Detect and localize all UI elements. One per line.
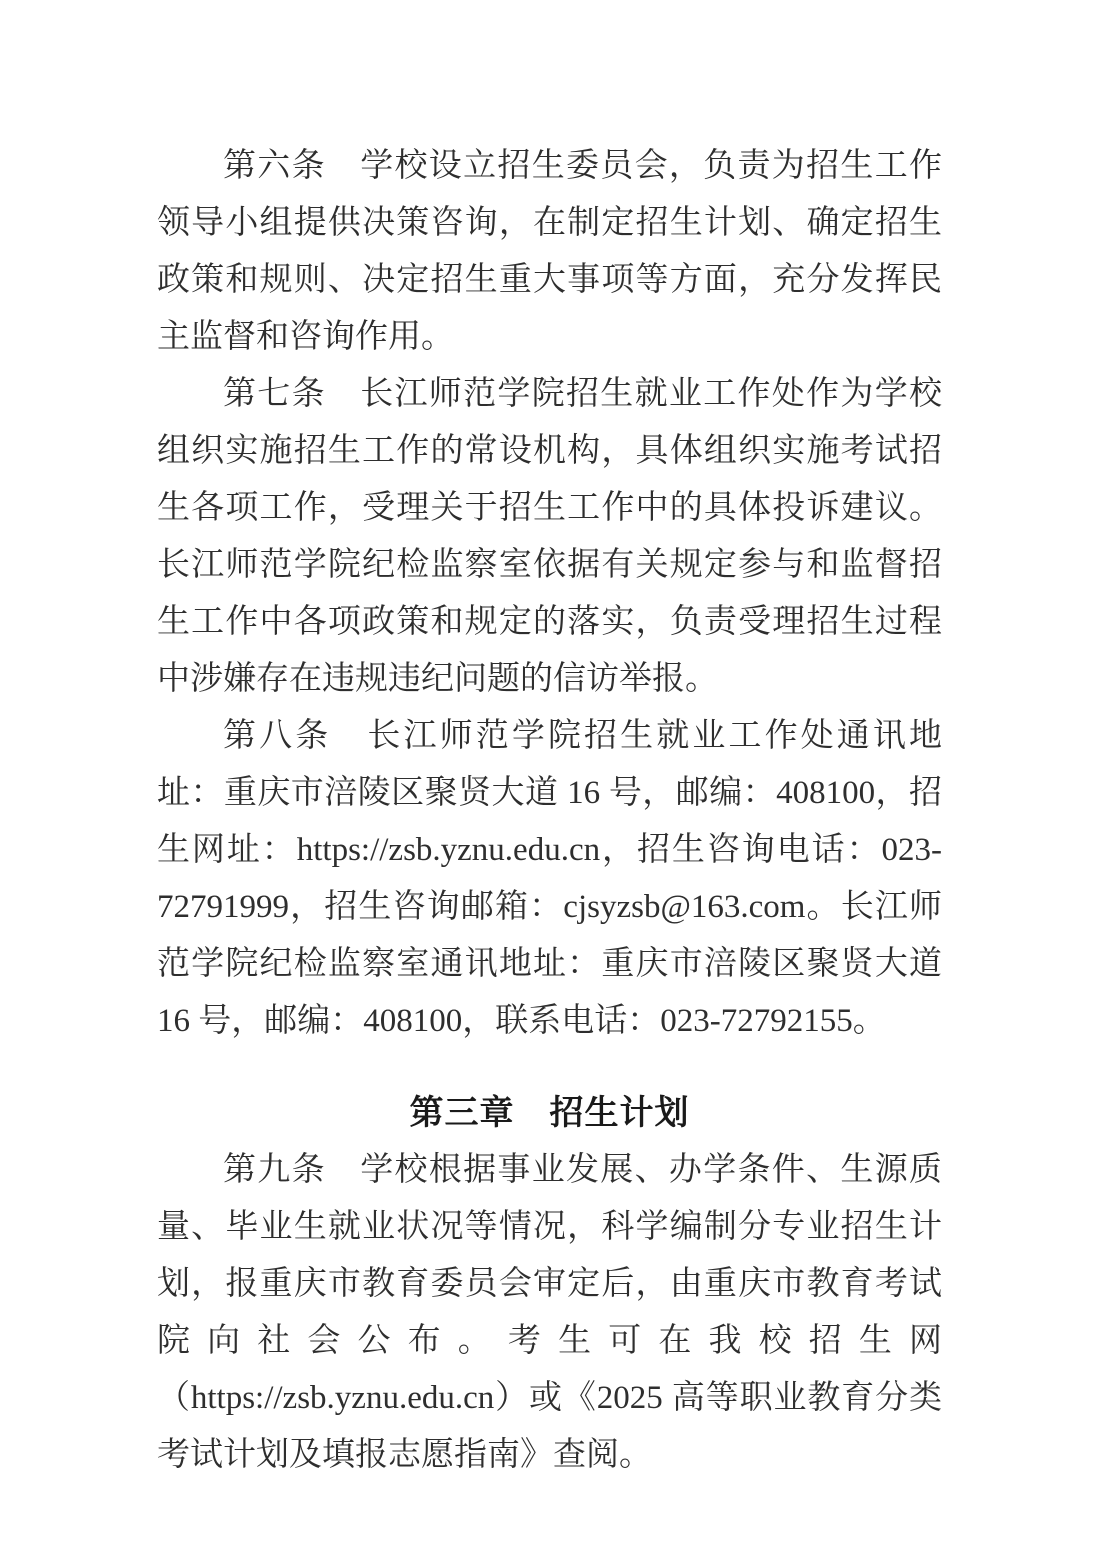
paragraph-article-7: 第七条 长江师范学院招生就业工作处作为学校组织实施招生工作的常设机构，具体组织实… (157, 366, 942, 708)
paragraph-article-9: 第九条 学校根据事业发展、办学条件、生源质量、毕业生就业状况等情况，科学编制分专… (157, 1142, 942, 1484)
paragraph-article-8: 第八条 长江师范学院招生就业工作处通讯地址：重庆市涪陵区聚贤大道 16 号，邮编… (157, 708, 942, 1050)
chapter-heading-3: 第三章 招生计划 (157, 1085, 942, 1142)
document-page: 第六条 学校设立招生委员会，负责为招生工作领导小组提供决策咨询，在制定招生计划、… (0, 0, 1102, 1559)
paragraph-article-6: 第六条 学校设立招生委员会，负责为招生工作领导小组提供决策咨询，在制定招生计划、… (157, 138, 942, 366)
